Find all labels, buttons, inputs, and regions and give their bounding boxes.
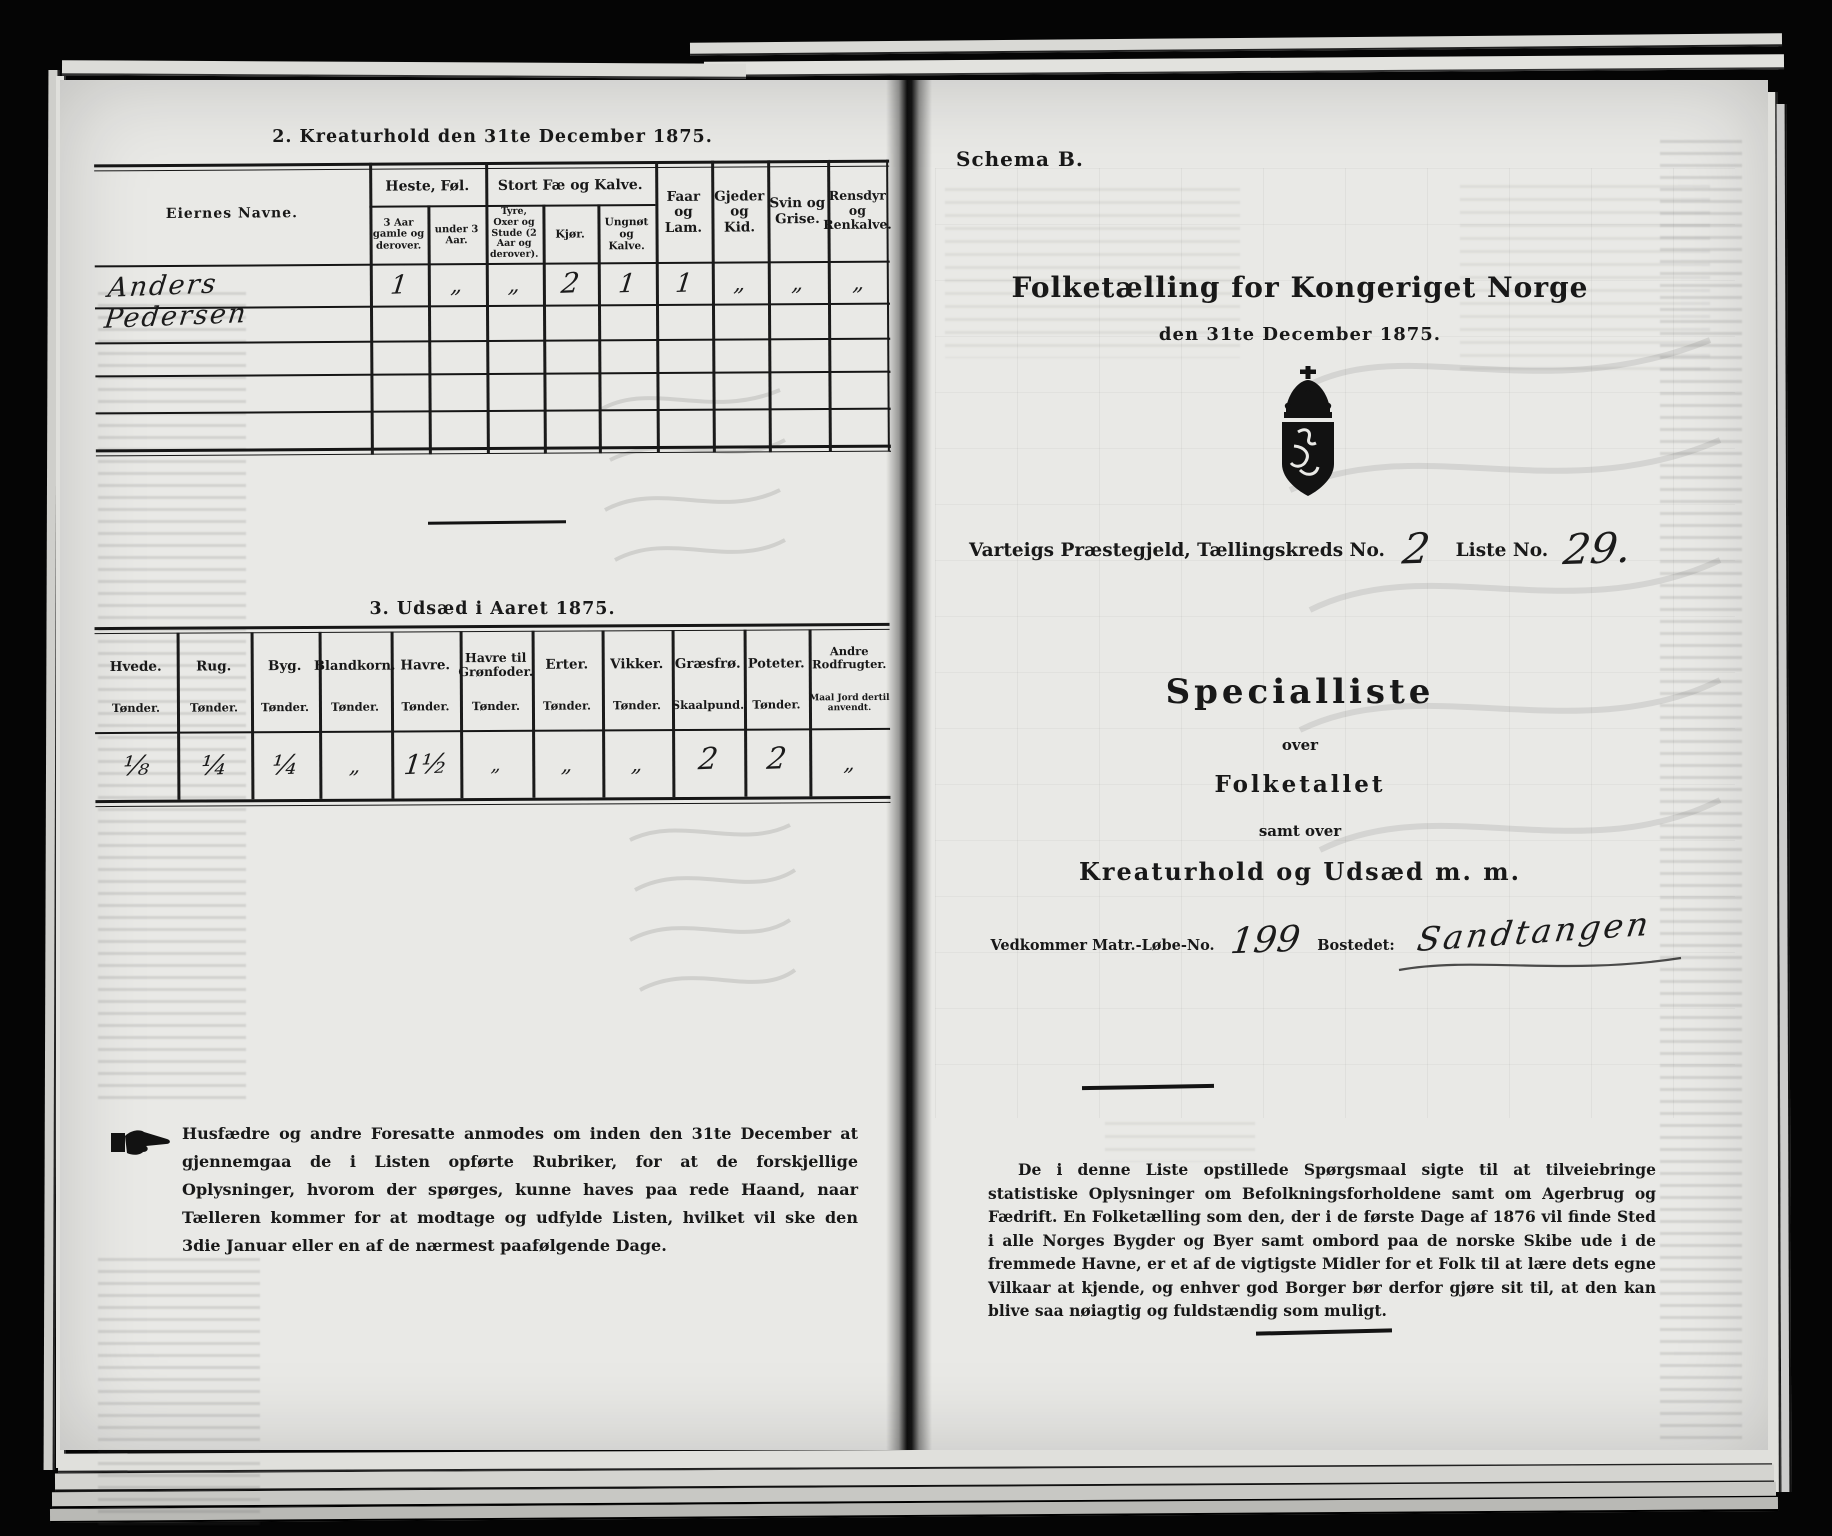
page-stack-edge-top-left bbox=[62, 60, 746, 79]
cell-reindeer: „ bbox=[825, 260, 892, 305]
column-header-owner: Eiernes Navne. bbox=[94, 193, 369, 235]
seed-col-name: Havre til Grønfoder. bbox=[460, 637, 532, 693]
cell-pigs: „ bbox=[765, 261, 830, 305]
seed-value-potatoes: 2 bbox=[741, 730, 813, 788]
seed-value-vetches: „ bbox=[599, 735, 676, 793]
column-group-cattle: Stort Fæ og Kalve. bbox=[487, 169, 653, 202]
column-header-reindeer: Rensdyr og Renkalve. bbox=[829, 178, 885, 244]
seed-col-name: Vikker. bbox=[602, 640, 672, 690]
seed-value-grass-seed: 2 bbox=[669, 730, 748, 788]
document-subtitle: den 31te December 1875. bbox=[930, 322, 1670, 348]
cell-cows: 2 bbox=[540, 260, 600, 304]
livestock-table: Eiernes Navne. Heste, Føl. Stort Fæ og K… bbox=[94, 160, 891, 457]
cell-horses-young: „ bbox=[425, 263, 488, 307]
seed-table-title: 3. Udsæd i Aaret 1875. bbox=[95, 596, 890, 622]
seed-col-name: Andre Rodfrugter. bbox=[809, 635, 890, 681]
matr-label: Vedkommer Matr.-Løbe-No. bbox=[990, 938, 1214, 955]
bleed-through-handwriting-2 bbox=[620, 810, 800, 1010]
column-header-bulls-oxen: Tyre, Oxer og Stude (2 Aar og derover). bbox=[487, 208, 540, 260]
matr-number-handwritten: 199 bbox=[1228, 919, 1302, 962]
cell-horses-old: 1 bbox=[367, 263, 430, 307]
seed-value-wheat: ⅛ bbox=[92, 737, 181, 795]
bleed-through-text-block-bottom bbox=[98, 1258, 260, 1528]
liste-number-handwritten: 29. bbox=[1561, 523, 1634, 574]
manicule-icon bbox=[110, 1126, 172, 1160]
seed-col-name: Blandkorn. bbox=[319, 642, 391, 692]
cell-goats: „ bbox=[709, 261, 770, 305]
book-gutter-shadow bbox=[886, 80, 932, 1450]
seed-col-name: Hvede. bbox=[95, 643, 177, 693]
seed-col-unit: Tønder. bbox=[460, 697, 532, 717]
speciallist-kreaturhold: Kreaturhold og Udsæd m. m. bbox=[930, 856, 1670, 888]
column-header-sheep: Faar og Lam. bbox=[657, 187, 709, 239]
column-header-pigs: Svin og Grise. bbox=[769, 186, 825, 238]
seed-col-name: Rug. bbox=[177, 642, 251, 692]
seed-col-unit: Tønder. bbox=[95, 699, 177, 719]
seed-value-barley: ¼ bbox=[248, 737, 323, 795]
column-header-young-cattle: Ungnøt og Kalve. bbox=[599, 213, 653, 255]
residence-label: Bostedet: bbox=[1317, 938, 1394, 955]
footnote-block: Husfædre og andre Foresatte anmodes om i… bbox=[110, 1120, 862, 1260]
page-stack-edge-top-right-2 bbox=[704, 54, 1784, 77]
column-header-horses-young: under 3 Aar. bbox=[429, 214, 483, 256]
residence-handwritten: Sandtangen bbox=[1415, 904, 1654, 959]
footnote-text: Husfædre og andre Foresatte anmodes om i… bbox=[182, 1120, 858, 1260]
column-header-cows: Kjør. bbox=[544, 219, 595, 249]
seed-value-mixed-grain: „ bbox=[316, 736, 395, 794]
bleed-through-text-small bbox=[1105, 1122, 1255, 1162]
speciallist-samt-over: samt over bbox=[930, 822, 1670, 842]
signature-flourish bbox=[1395, 952, 1685, 978]
seed-value-peas: „ bbox=[529, 735, 606, 793]
seed-value-oats: 1½ bbox=[388, 736, 464, 794]
column-group-horses: Heste, Føl. bbox=[371, 170, 483, 203]
seed-value-rye: ¼ bbox=[174, 737, 255, 795]
seed-table: Hvede. Rug. Byg. Blandkorn. Havre. Havre… bbox=[95, 623, 891, 808]
seed-col-name: Havre. bbox=[391, 641, 460, 691]
seed-col-unit: Tønder. bbox=[177, 698, 251, 718]
district-number-handwritten: 2 bbox=[1400, 524, 1433, 574]
seed-value-oats-fodder: „ bbox=[457, 736, 536, 794]
seed-col-unit: Tønder. bbox=[602, 696, 672, 716]
document-title: Folketælling for Kongeriget Norge bbox=[930, 268, 1670, 308]
seed-col-unit: Tønder. bbox=[391, 697, 460, 717]
livestock-table-title: 2. Kreaturhold den 31te December 1875. bbox=[95, 124, 890, 150]
owner-name-handwritten: Anders Pedersen bbox=[103, 262, 371, 335]
seed-col-unit: Tønder. bbox=[532, 696, 602, 716]
cell-bulls-oxen: „ bbox=[483, 263, 545, 307]
schema-label: Schema B. bbox=[956, 148, 1084, 171]
seed-col-unit: Tønder. bbox=[251, 698, 319, 718]
district-prefix: Varteigs Præstegjeld, Tællingskreds No. bbox=[969, 540, 1385, 561]
seed-col-name: Poteter. bbox=[744, 639, 809, 689]
explanatory-paragraph: De i denne Liste opstillede Spørgsmaal s… bbox=[988, 1158, 1656, 1323]
seed-col-name: Byg. bbox=[251, 642, 319, 692]
seed-col-unit: Skaalpund. bbox=[672, 696, 744, 716]
liste-label: Liste No. bbox=[1456, 540, 1549, 561]
seed-col-unit: Tønder. bbox=[319, 698, 391, 718]
district-line: Varteigs Præstegjeld, Tællingskreds No. … bbox=[930, 524, 1670, 584]
seed-col-name: Erter. bbox=[532, 640, 602, 690]
speciallist-title: Specialliste bbox=[930, 670, 1670, 716]
page-stack-edge-top-right bbox=[690, 33, 1782, 56]
seed-col-unit: Tønder. bbox=[744, 695, 809, 715]
speciallist-folketallet: Folketallet bbox=[930, 770, 1670, 800]
census-document-scan: 2. Kreaturhold den 31te December 1875. E… bbox=[0, 0, 1832, 1536]
cell-sheep: 1 bbox=[653, 262, 714, 306]
speciallist-over: over bbox=[930, 736, 1670, 756]
seed-value-root-crops: „ bbox=[806, 734, 894, 792]
seed-col-unit: Maal Jord dertil anvendt. bbox=[809, 683, 890, 723]
coat-of-arms-icon bbox=[1272, 366, 1344, 502]
column-header-horses-old: 3 Aar gamle og derover. bbox=[371, 210, 425, 258]
cell-young-cattle: 1 bbox=[595, 262, 658, 306]
column-header-goats: Gjeder og Kid. bbox=[713, 186, 765, 238]
seed-col-name: Græsfrø. bbox=[672, 640, 744, 690]
